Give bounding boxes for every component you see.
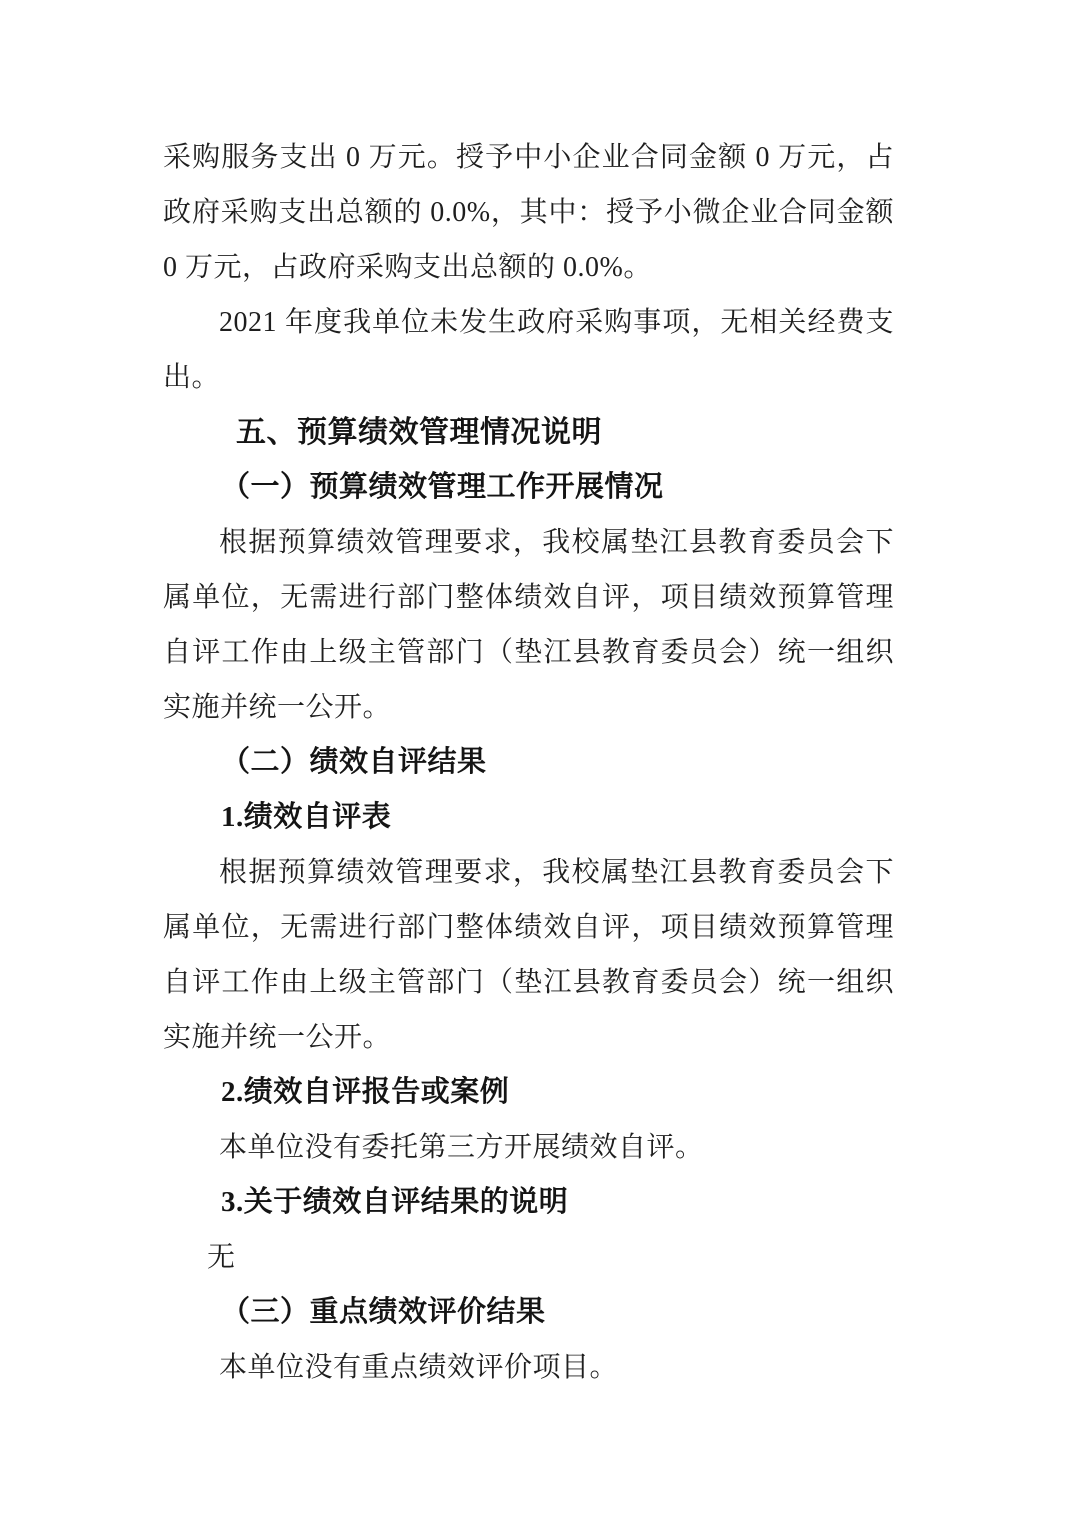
paragraph-performance-management-1: 根据预算绩效管理要求，我校属垫江县教育委员会下属单位，无需进行部门整体绩效自评，… xyxy=(163,515,894,735)
heading-sub-1-work-development: （一）预算绩效管理工作开展情况 xyxy=(163,460,894,515)
paragraph-no-key-evaluation-project: 本单位没有重点绩效评价项目。 xyxy=(163,1340,894,1395)
heading-item-1-self-evaluation-table: 1.绩效自评表 xyxy=(163,790,894,845)
paragraph-no-third-party: 本单位没有委托第三方开展绩效自评。 xyxy=(163,1120,894,1175)
paragraph-procurement-amounts: 采购服务支出 0 万元。授予中小企业合同金额 0 万元，占政府采购支出总额的 0… xyxy=(163,130,894,295)
heading-sub-2-self-evaluation-result: （二）绩效自评结果 xyxy=(163,735,894,790)
document-page: 采购服务支出 0 万元。授予中小企业合同金额 0 万元，占政府采购支出总额的 0… xyxy=(0,0,1074,1520)
heading-sub-3-key-evaluation-result: （三）重点绩效评价结果 xyxy=(163,1285,894,1340)
heading-item-2-self-evaluation-report: 2.绩效自评报告或案例 xyxy=(163,1065,894,1120)
paragraph-performance-management-2: 根据预算绩效管理要求，我校属垫江县教育委员会下属单位，无需进行部门整体绩效自评，… xyxy=(163,845,894,1065)
document-content-area: 采购服务支出 0 万元。授予中小企业合同金额 0 万元，占政府采购支出总额的 0… xyxy=(163,130,894,1395)
paragraph-none: 无 xyxy=(163,1230,894,1285)
heading-item-3-result-explanation: 3.关于绩效自评结果的说明 xyxy=(163,1175,894,1230)
paragraph-2021-no-procurement: 2021 年度我单位未发生政府采购事项，无相关经费支出。 xyxy=(163,295,894,405)
heading-section-5-budget-performance: 五、预算绩效管理情况说明 xyxy=(163,405,894,460)
